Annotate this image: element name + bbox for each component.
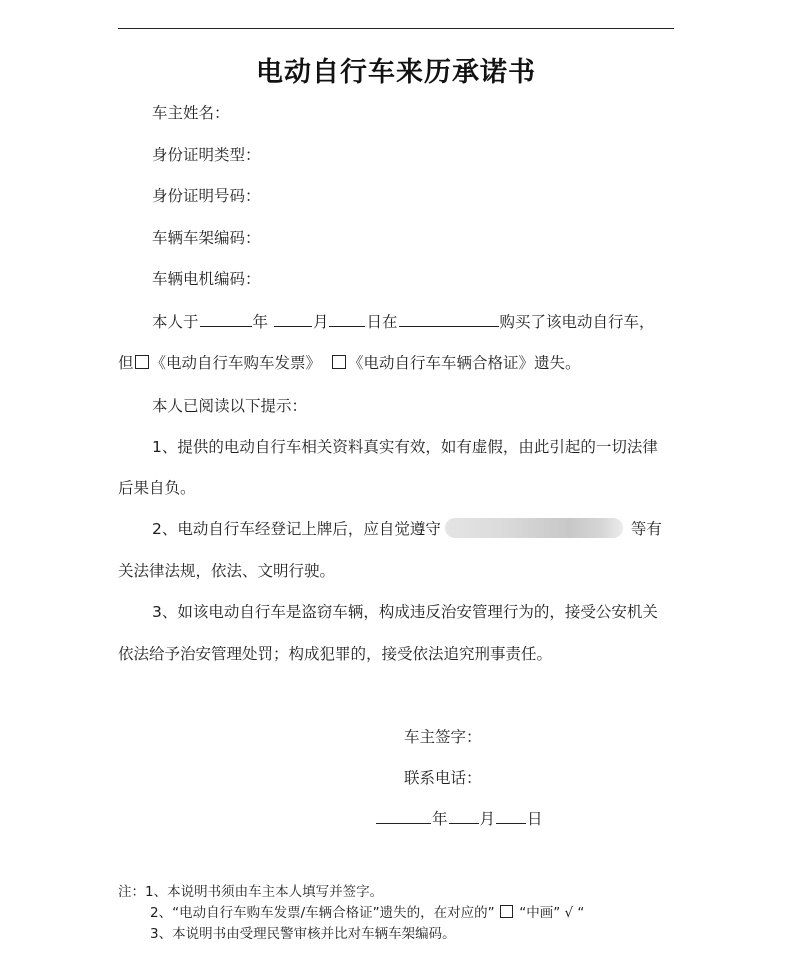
sign-year-blank[interactable] [376, 809, 431, 824]
place-blank[interactable] [399, 312, 499, 327]
note-1: 注：1、本说明书须由车主本人填写并签字。 [118, 880, 383, 900]
item-3-line-2: 依法给予治安管理处罚；构成犯罪的，接受依法追究刑事责任。 [118, 642, 552, 664]
lost-statement: 但《电动自行车购车发票》 《电动自行车车辆合格证》遗失。 [118, 351, 580, 373]
month-blank[interactable] [274, 312, 312, 327]
option-certificate: 《电动自行车车辆合格证》遗失。 [348, 354, 581, 372]
item-2-text-a: 2、电动自行车经登记上牌后，应自觉遵守 [152, 520, 441, 538]
year-blank[interactable] [200, 312, 252, 327]
document-title: 电动自行车来历承诺书 [0, 50, 792, 89]
purchase-statement: 本人于年 月日在购买了该电动自行车， [152, 310, 655, 332]
sign-year: 年 [432, 810, 448, 828]
top-rule [118, 28, 674, 29]
item-2-line-1: 2、电动自行车经登记上牌后，应自觉遵守等有 [152, 517, 662, 539]
note-2-tail: “中画” √ “ [519, 905, 584, 921]
field-frame-code: 车辆车架编码： [152, 226, 261, 248]
sign-month: 月 [480, 810, 496, 828]
purchase-year: 年 [253, 313, 269, 331]
field-id-type: 身份证明类型： [152, 143, 261, 165]
option-invoice: 《电动自行车购车发票》 [151, 354, 322, 372]
item-2-line-2: 关法律法规，依法、文明行驶。 [118, 559, 335, 581]
sign-day-blank[interactable] [496, 809, 526, 824]
item-1-line-1: 1、提供的电动自行车相关资料真实有效，如有虚假，由此引起的一切法律 [152, 435, 658, 457]
phone-label: 联系电话： [404, 766, 482, 788]
sign-month-blank[interactable] [449, 809, 479, 824]
field-id-number: 身份证明号码： [152, 184, 261, 206]
field-motor-code: 车辆电机编码： [152, 267, 261, 289]
note-3: 3、本说明书由受理民警审核并比对车辆车架编码。 [150, 922, 456, 942]
note-2-text: 2、“电动自行车购车发票/车辆合格证”遗失的，在对应的” [150, 905, 495, 921]
sign-day: 日 [527, 810, 543, 828]
note-2: 2、“电动自行车购车发票/车辆合格证”遗失的，在对应的” “中画” √ “ [150, 901, 584, 921]
item-3-line-1: 3、如该电动自行车是盗窃车辆，构成违反治安管理行为的，接受公安机关 [152, 600, 658, 622]
lost-prefix: 但 [118, 354, 134, 372]
purchase-prefix: 本人于 [152, 313, 199, 331]
redacted-region [445, 518, 623, 538]
checkbox-invoice[interactable] [135, 355, 149, 369]
field-owner-name: 车主姓名： [152, 101, 230, 123]
item-2-text-b: 等有 [631, 520, 662, 538]
purchase-suffix: 购买了该电动自行车， [500, 313, 655, 331]
owner-signature-label: 车主签字： [404, 725, 482, 747]
note-checkbox [500, 905, 513, 918]
purchase-day: 日在 [366, 313, 397, 331]
checkbox-certificate[interactable] [332, 355, 346, 369]
item-1-line-2: 后果自负。 [118, 476, 196, 498]
read-notice: 本人已阅读以下提示： [152, 394, 307, 416]
purchase-month: 月 [313, 313, 329, 331]
day-blank[interactable] [329, 312, 365, 327]
signature-date: 年月日 [375, 807, 543, 829]
